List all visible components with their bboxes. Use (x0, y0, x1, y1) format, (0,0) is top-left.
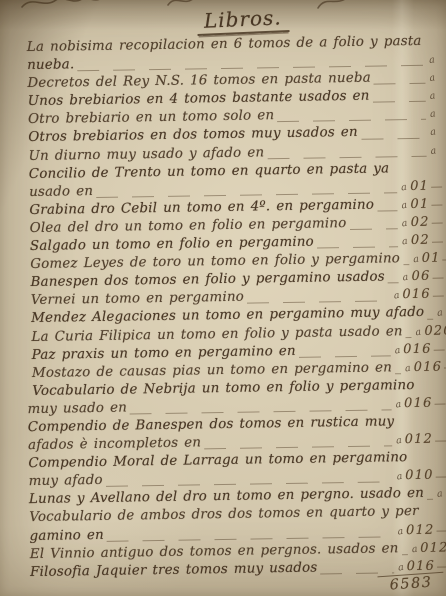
dash-leader (395, 365, 401, 378)
manuscript-page: Libros. La nobisima recopilacion en 6 to… (0, 0, 446, 596)
entry-value: 01 (410, 178, 429, 193)
entry-text: nueba. (27, 57, 74, 73)
entry-value: 016 (414, 359, 443, 374)
flourish-mark: a (402, 272, 409, 284)
flourish-mark: a (401, 218, 408, 230)
entry-text: Vernei un tomo en pergamino (31, 290, 244, 308)
flourish-mark: a (429, 72, 436, 84)
value-trailing-dash (432, 241, 443, 242)
flourish-mark: a (429, 91, 436, 103)
entry-value: 010 (405, 468, 434, 483)
flourish-mark: a (401, 182, 408, 194)
entry-text: muy afado (29, 473, 103, 489)
dash-leader (317, 238, 399, 252)
flourish-mark: a (411, 543, 418, 555)
flourish-mark: a (395, 435, 402, 447)
flourish-mark: a (415, 326, 422, 338)
value-trailing-dash (432, 223, 443, 224)
entry-value: 016 (402, 287, 431, 302)
entries-list: La nobisima recopilacion en 6 tomos de a… (0, 34, 446, 584)
dash-leader (406, 329, 412, 342)
value-trailing-dash (434, 350, 445, 351)
entry-text: gamino en (29, 527, 104, 543)
value-trailing-dash (437, 531, 446, 532)
flourish-mark: a (394, 344, 401, 356)
flourish-mark: a (404, 362, 411, 374)
entry-value: 016 (404, 396, 433, 411)
dash-leader (267, 147, 427, 163)
flourish-mark: a (402, 236, 409, 248)
value-trailing-dash (433, 295, 444, 296)
flourish-mark: a (429, 109, 436, 121)
entry-value: 016 (403, 341, 432, 356)
value-trailing-dash (431, 205, 442, 206)
dash-leader (401, 546, 407, 559)
dash-leader (373, 93, 427, 107)
flourish-mark: a (401, 200, 408, 212)
entry-value: 012 (420, 540, 446, 555)
dash-leader (349, 220, 398, 234)
entry-text: Filosofia Jaquier tres tomos muy usados (30, 560, 318, 580)
flourish-mark: a (430, 127, 437, 139)
entry-value: 06 (411, 269, 430, 284)
flourish-mark: a (397, 525, 404, 537)
entry-value: 01 (422, 251, 441, 266)
dash-leader (388, 275, 399, 288)
flourish-mark: a (436, 489, 443, 501)
dash-leader (361, 129, 427, 143)
entry-text: afados è incompletos en (28, 435, 201, 453)
page-title: Libros. (196, 5, 289, 36)
dash-leader (374, 75, 426, 89)
dash-leader (403, 256, 409, 269)
total-sum: 6583 (377, 572, 444, 595)
entry-value: 012 (406, 522, 435, 537)
dash-leader (377, 202, 398, 215)
flourish-mark: a (395, 399, 402, 411)
entry-text: Un diurno muy usado y afado en (28, 145, 264, 164)
dash-leader (277, 111, 426, 126)
flourish-mark: a (412, 254, 419, 266)
value-trailing-dash (433, 277, 444, 278)
entry-text: Otro brebiario en un tomo solo en (28, 109, 274, 128)
flourish-mark: a (436, 308, 443, 320)
entry-text: Salgado un tomo en folio en pergamino (30, 235, 314, 254)
value-trailing-dash (435, 404, 446, 405)
flourish-mark: a (429, 54, 436, 66)
entry-value: 012 (405, 432, 434, 447)
value-trailing-dash (435, 440, 446, 441)
flourish-mark: a (397, 562, 404, 574)
dash-leader (427, 491, 433, 504)
entry-value: 020 (424, 323, 446, 338)
entry-value: 02 (411, 215, 430, 230)
value-trailing-dash (431, 187, 442, 188)
entry-text: usado en (29, 184, 93, 200)
flourish-mark: a (430, 145, 437, 157)
value-trailing-dash (443, 259, 446, 260)
entry-text: muy usado en (27, 400, 127, 417)
flourish-mark: a (393, 290, 400, 302)
flourish-mark: a (396, 471, 403, 483)
entry-value: 02 (411, 233, 430, 248)
value-trailing-dash (437, 567, 446, 568)
entry-value: 01 (410, 197, 429, 212)
value-trailing-dash (436, 476, 446, 477)
entry-text: Paz praxis un tomo en pergamino en (32, 343, 296, 362)
dash-leader (427, 310, 433, 323)
